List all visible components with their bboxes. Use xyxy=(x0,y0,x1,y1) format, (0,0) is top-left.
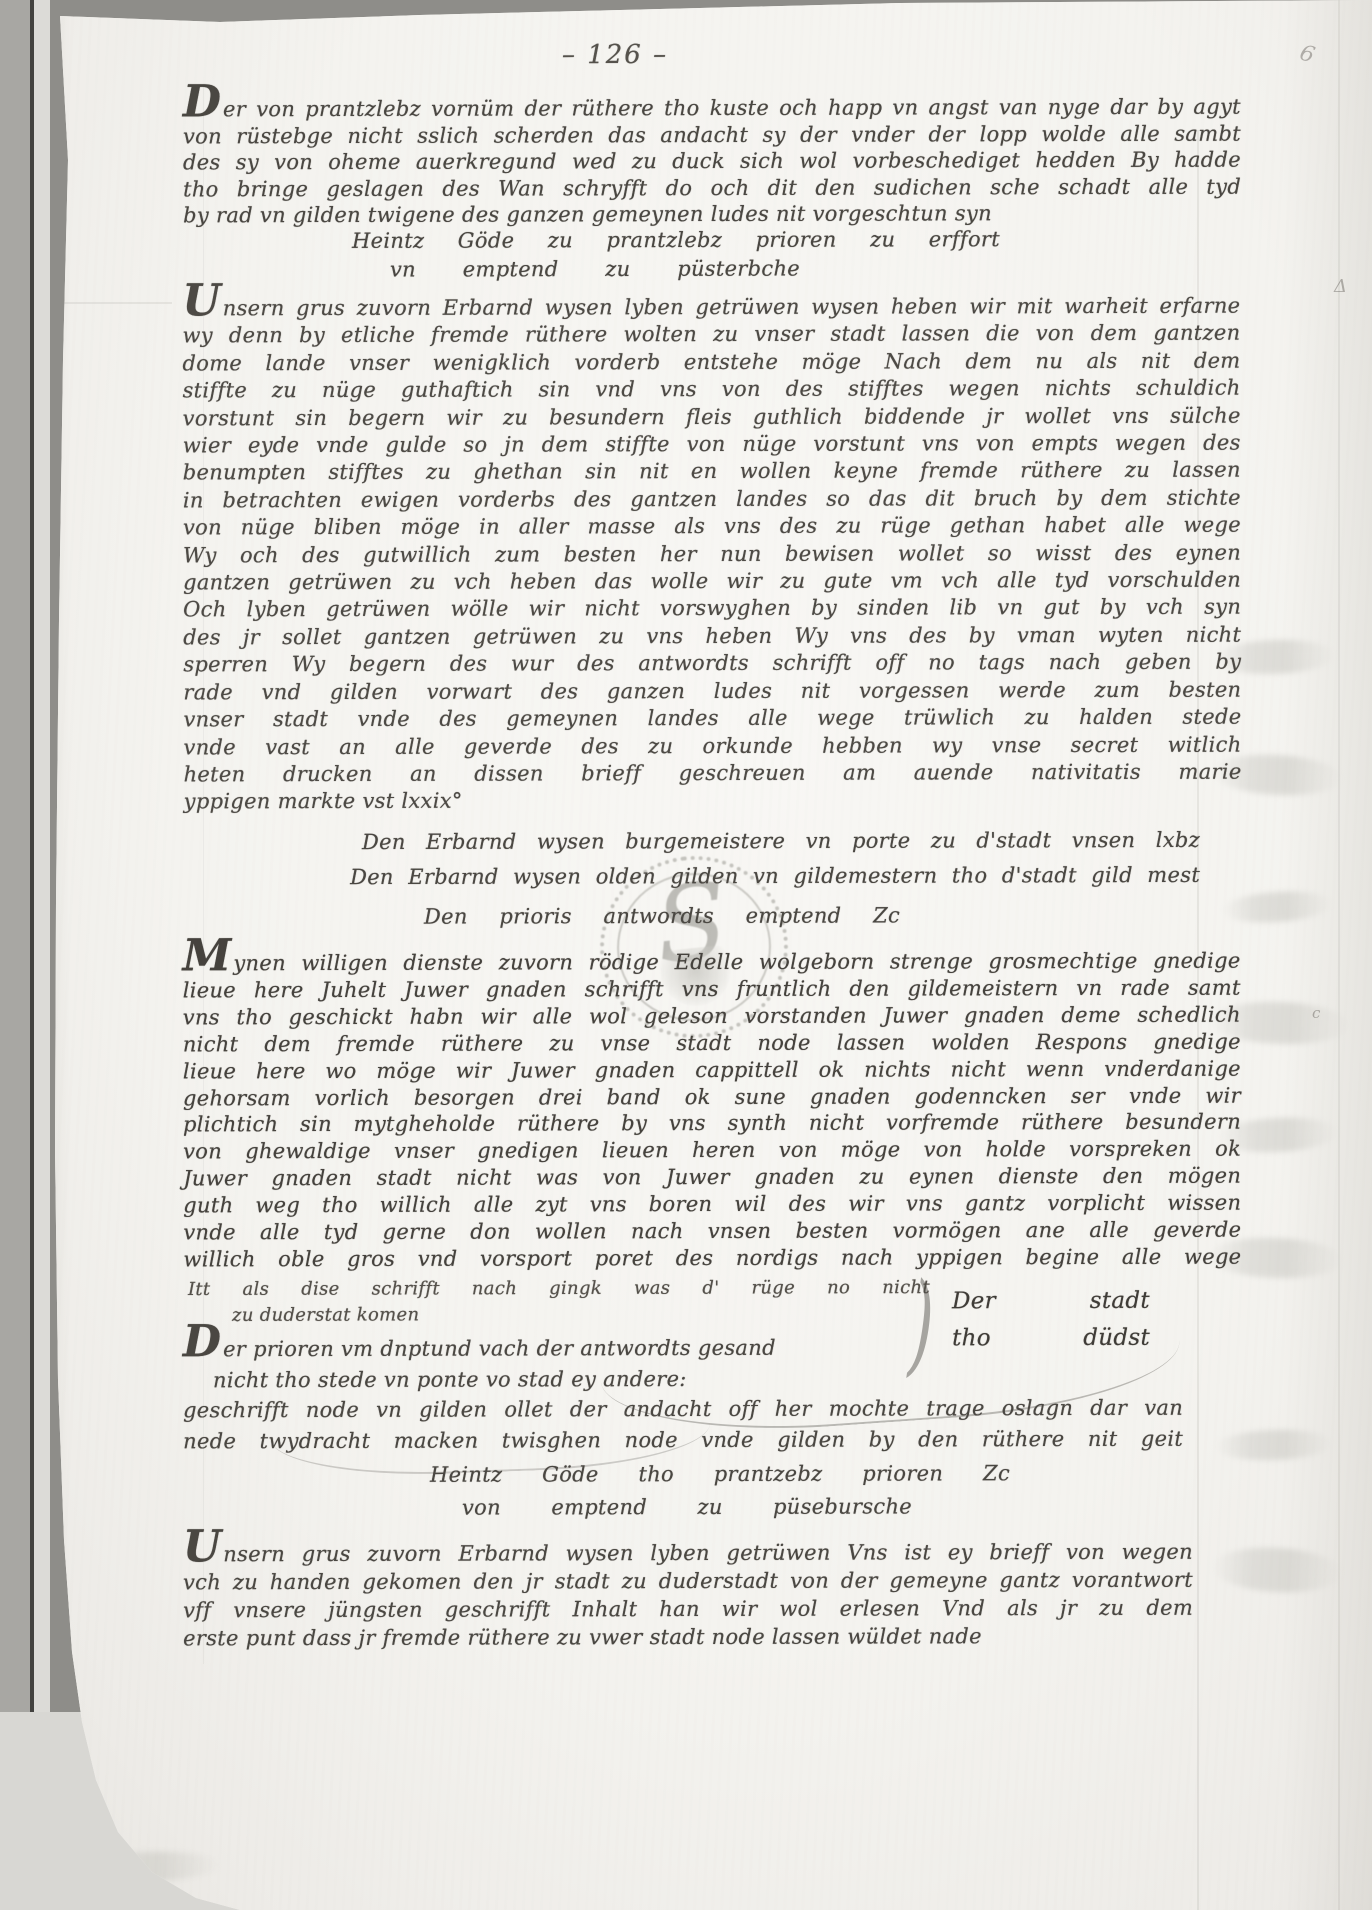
manuscript-text-line: guth weg tho willich alle zyt vns boren … xyxy=(183,1190,1241,1220)
chancery-note-line-2: zu duderstat komen xyxy=(232,1301,930,1329)
folio-number: – 126 – xyxy=(545,40,685,70)
manuscript-text-line: nede twydracht macken twisghen node vnde… xyxy=(183,1423,1183,1456)
manuscript-scan: S – 126 – Der von prantzlebz vornüm der … xyxy=(0,0,1372,1910)
manuscript-text-line: vns tho geschickt habn wir alle wol gele… xyxy=(183,1001,1241,1031)
letter-heading-2-line-2: von emptend zu püsebursche xyxy=(462,1494,912,1519)
letter-paragraph-4: Der prioren vm dnptund vach der antwordt… xyxy=(183,1325,1183,1457)
pen-flourish xyxy=(269,1382,712,1479)
addressee-lines: Den Erbarnd wysen burgemeistere vn porte… xyxy=(350,823,1200,895)
manuscript-text-line: Och lyben getrüwen wölle wir nicht vorsw… xyxy=(183,594,1241,624)
manuscript-text-line: Mynen willigen dienste zuvorn rödige Ede… xyxy=(183,941,1241,978)
letter-paragraph-1: Der von prantzlebz vornüm der rüthere th… xyxy=(183,87,1241,230)
ink-speck: c xyxy=(1312,1004,1320,1022)
letter-heading-2-line-1: Heintz Göde tho prantzebz prioren Zc xyxy=(430,1461,1010,1487)
letter-heading-1-line-2: vn emptend zu püsterbche xyxy=(390,256,800,281)
ink-speck: 6 xyxy=(1296,40,1317,68)
manuscript-text-line: des sy von oheme auerkregund wed zu duck… xyxy=(183,147,1241,176)
margin-bracket: ) xyxy=(907,1258,936,1391)
manuscript-text-line: vnde vast an alle geverde des zu orkunde… xyxy=(183,731,1241,761)
manuscript-text-line: von ghewaldige vnser gnedigen lieuen her… xyxy=(183,1136,1241,1166)
manuscript-text-line: tho bringe geslagen des Wan schryfft do … xyxy=(183,173,1241,202)
horizontal-crease xyxy=(48,302,172,304)
manuscript-text-line: gehorsam vorlich besorgen drei band ok s… xyxy=(183,1082,1241,1112)
verso-bleedthrough xyxy=(1211,1545,1343,1596)
manuscript-text-line: lieue here Juhelt Juwer gnaden schrifft … xyxy=(183,975,1241,1005)
stamp-crest xyxy=(658,944,734,1009)
addressee-line-2: Den Erbarnd wysen olden gilden vn gildem… xyxy=(350,858,1200,895)
manuscript-text-line: sperren Wy begern des wur des antwordts … xyxy=(183,649,1241,679)
manuscript-text-line: nicht tho stede vn ponte vo stad ey ande… xyxy=(213,1362,1183,1395)
margin-note-word: tho xyxy=(952,1325,991,1351)
margin-note-word: Der xyxy=(952,1288,996,1314)
verso-bleedthrough xyxy=(1207,1236,1343,1281)
manuscript-text-line: vff vnsere jüngsten geschrifft Inhalt ha… xyxy=(183,1594,1193,1625)
letter-heading-1-line-1: Heintz Göde zu prantzlebz prioren zu erf… xyxy=(352,227,1000,253)
manuscript-text-line: dome lande vnser wenigklich vorderb ents… xyxy=(182,347,1240,377)
answer-heading: Den prioris antwordts emptend Zc xyxy=(424,903,900,928)
stamp-inner-ring xyxy=(610,865,779,1028)
letter-paragraph-3: Mynen willigen dienste zuvorn rödige Ede… xyxy=(183,941,1242,1274)
manuscript-text-line: vorstunt sin begern wir zu besundern fle… xyxy=(183,402,1241,432)
margin-rule-line xyxy=(203,84,204,1664)
manuscript-text-line: von rüstebge nicht sslich scherden das a… xyxy=(183,120,1241,149)
manuscript-text-line: erste punt dass jr fremde rüthere zu vwe… xyxy=(183,1622,1193,1653)
verso-bleedthrough xyxy=(1217,1115,1339,1155)
manuscript-text-line: Unsern grus zuvorn Erbarnd wysen lyben g… xyxy=(182,285,1240,323)
book-gutter-strip xyxy=(0,0,30,1712)
stamp-monogram: S xyxy=(592,853,792,994)
chancery-note-line-1: Itt als dise schrifft nach gingk was d' … xyxy=(188,1275,930,1303)
manuscript-text-line: heten drucken an dissen brieff geschreue… xyxy=(184,759,1242,789)
manuscript-text-line: des jr sollet gantzen getrüwen zu vns he… xyxy=(183,621,1241,651)
manuscript-text-line: von nüge bliben möge in aller masse als … xyxy=(183,512,1241,542)
manuscript-text-line: rade vnd gilden vorwart des ganzen ludes… xyxy=(183,676,1241,706)
verso-bleedthrough xyxy=(1214,638,1335,676)
manuscript-text-line: benumpten stifftes zu ghethan sin nit en… xyxy=(183,457,1241,487)
vertical-fold-line xyxy=(1197,130,1199,1910)
page-edge-line xyxy=(1338,0,1340,1910)
manuscript-text-line: lieue here wo möge wir Juwer gnaden capp… xyxy=(183,1055,1241,1085)
margin-note: Der stadt tho düdst xyxy=(952,1288,1150,1352)
manuscript-text-line: yppigen markte vst lxxix° xyxy=(184,786,1242,816)
manuscript-text-line: Wy och des gutwillich zum besten her nun… xyxy=(183,539,1241,569)
manuscript-page: S – 126 – Der von prantzlebz vornüm der … xyxy=(0,0,1372,1910)
manuscript-text-line: Der von prantzlebz vornüm der rüthere th… xyxy=(183,87,1241,123)
gutter-light-strip xyxy=(34,0,50,1712)
manuscript-text-line: stiffte zu nüge guthaftich sin vnd vns v… xyxy=(183,375,1241,405)
manuscript-text-line: nicht dem fremde rüthere zu vnse stadt n… xyxy=(183,1028,1241,1058)
ink-speck: Δ xyxy=(1334,276,1347,297)
manuscript-text-line: Der prioren vm dnptund vach der antwordt… xyxy=(183,1325,1183,1365)
manuscript-text-line: plichtich sin mytgheholde rüthere by vns… xyxy=(183,1109,1241,1139)
chancery-note: Itt als dise schrifft nach gingk was d' … xyxy=(188,1275,930,1329)
margin-note-row: Der stadt xyxy=(952,1288,1150,1315)
verso-bleedthrough xyxy=(1209,1000,1350,1047)
manuscript-text-line: gantzen getrüwen zu vch heben das wolle … xyxy=(183,567,1241,597)
manuscript-text-line: willich oble gros vnd vorsport poret des… xyxy=(183,1244,1241,1274)
manuscript-text-line: vch zu handen gekomen den jr stadt zu du… xyxy=(183,1566,1193,1597)
verso-bleedthrough xyxy=(1215,1428,1334,1462)
letter-paragraph-2: Unsern grus zuvorn Erbarnd wysen lyben g… xyxy=(182,285,1241,816)
manuscript-text-line: wier eyde vnde gulde so jn dem stiffte v… xyxy=(183,430,1241,460)
manuscript-text-line: vnde alle tyd gerne don wollen nach vnse… xyxy=(183,1217,1241,1247)
manuscript-text-line: geschrifft node vn gilden ollet der anda… xyxy=(183,1393,1183,1426)
letter-paragraph-5: Unsern grus zuvorn Erbarnd wysen lyben g… xyxy=(183,1531,1193,1653)
stamp-outer-ring xyxy=(591,847,797,1048)
margin-note-row: tho düdst xyxy=(952,1325,1150,1352)
round-archive-stamp: S xyxy=(591,847,797,1048)
verso-bleedthrough xyxy=(1211,752,1343,799)
manuscript-text-line: vnser stadt vnde des gemeynen landes all… xyxy=(183,704,1241,734)
manuscript-text-line: in betrachten ewigen vorderbs des gantze… xyxy=(183,484,1241,514)
margin-note-word: düdst xyxy=(1083,1325,1150,1351)
verso-bleedthrough xyxy=(1221,888,1333,926)
pen-flourish xyxy=(596,1280,1183,1442)
manuscript-text-line: wy denn by etliche fremde rüthere wolten… xyxy=(182,320,1240,350)
margin-note-word: stadt xyxy=(1090,1288,1150,1314)
manuscript-text-line: Juwer gnaden stadt nicht was von Juwer g… xyxy=(183,1163,1241,1193)
manuscript-text-line: Unsern grus zuvorn Erbarnd wysen lyben g… xyxy=(183,1531,1193,1569)
manuscript-text-line: by rad vn gilden twigene des ganzen geme… xyxy=(183,200,1241,229)
addressee-line-1: Den Erbarnd wysen burgemeistere vn porte… xyxy=(362,823,1200,860)
